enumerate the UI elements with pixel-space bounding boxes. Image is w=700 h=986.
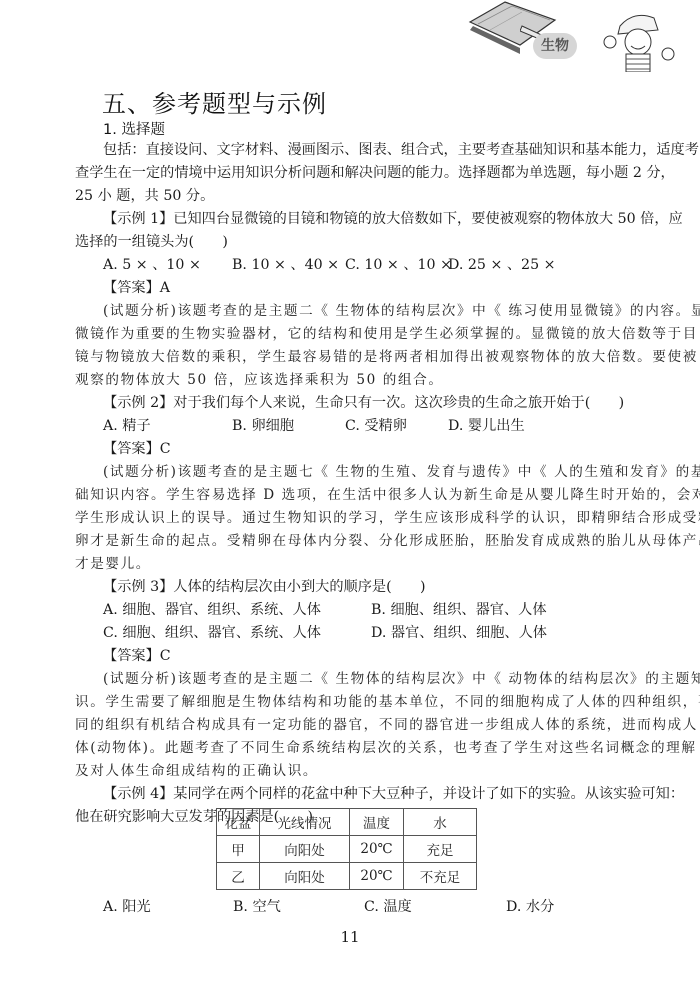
example-1-question: 【示例 1】已知四台显微镜的目镜和物镜的放大倍数如下，要使被观察的物体放大 50… <box>75 208 639 231</box>
table-cell: 充足 <box>404 836 477 863</box>
example-3-analysis: 及对人体生命组成结构的正确认识。 <box>75 760 639 783</box>
option-c: C. 受精卵 <box>345 415 448 438</box>
example-3-analysis: 同的组织有机结合构成具有一定功能的器官，不同的器官进一步组成人体的系统，进而构成… <box>75 714 639 737</box>
page-title: 五、参考题型与示例 <box>102 84 327 119</box>
option-b: B. 空气 <box>233 896 364 916</box>
option-b: B. 细胞、组织、器官、人体 <box>371 599 639 622</box>
example-3-answer: 【答案】C <box>75 645 639 668</box>
option-a: A. 精子 <box>103 415 232 438</box>
section-title: 1. 选择题 <box>103 118 165 139</box>
document-body: 包括：直接设问、文字材料、漫画图示、图表、组合式，主要考查基础知识和基本能力，适… <box>75 139 639 829</box>
option-b: B. 10 × 、40 × <box>232 254 345 277</box>
example-2-analysis: 础知识内容。学生容易选择 D 选项，在生活中很多人认为新生命是从婴儿降生时开始的… <box>75 484 639 507</box>
table-header-cell: 花盆 <box>217 809 260 836</box>
cartoon-boy-icon <box>598 8 678 72</box>
table-row: 甲 向阳处 20℃ 充足 <box>217 836 477 863</box>
example-2-analysis: (试题分析)该题考查的是主题七《 生物的生殖、发育与遗传》中《 人的生殖和发育》… <box>75 461 639 484</box>
example-1-options: A. 5 × 、10 × B. 10 × 、40 × C. 10 × 、10 ×… <box>75 254 639 277</box>
table-cell: 20℃ <box>350 836 404 863</box>
intro-line: 包括：直接设问、文字材料、漫画图示、图表、组合式，主要考查基础知识和基本能力，适… <box>75 139 639 162</box>
example-2-answer: 【答案】C <box>75 438 639 461</box>
example-3-analysis: (试题分析)该题考查的是主题二《 生物体的结构层次》中《 动物体的结构层次》的主… <box>75 668 639 691</box>
intro-line: 查学生在一定的情境中运用知识分析问题和解决问题的能力。选择题都为单选题，每小题 … <box>75 162 639 185</box>
example-4-options: A. 阳光 B. 空气 C. 温度 D. 水分 <box>103 896 636 916</box>
example-2-analysis: 学生形成认识上的误导。通过生物知识的学习，学生应该形成科学的认识，即精卵结合形成… <box>75 507 639 530</box>
table-cell: 向阳处 <box>260 836 350 863</box>
example-2-options: A. 精子 B. 卵细胞 C. 受精卵 D. 婴儿出生 <box>75 415 639 438</box>
example-3-options: A. 细胞、器官、组织、系统、人体 B. 细胞、组织、器官、人体 <box>75 599 639 622</box>
example-2-analysis: 才是婴儿。 <box>75 553 639 576</box>
intro-line: 25 小 题，共 50 分。 <box>75 185 639 208</box>
experiment-table: 花盆 光线情况 温度 水 甲 向阳处 20℃ 充足 乙 向阳处 20℃ 不充足 <box>216 808 477 890</box>
example-2-analysis: 卵才是新生命的起点。受精卵在母体内分裂、分化形成胚胎，胚胎发育成成熟的胎儿从母体… <box>75 530 639 553</box>
option-c: C. 细胞、组织、器官、系统、人体 <box>103 622 371 645</box>
example-3-analysis: 识。学生需要了解细胞是生物体结构和功能的基本单位，不同的细胞构成了人体的四种组织… <box>75 691 639 714</box>
option-a: A. 阳光 <box>103 896 233 916</box>
option-a: A. 细胞、器官、组织、系统、人体 <box>103 599 371 622</box>
option-d: D. 水分 <box>506 896 636 916</box>
table-cell: 向阳处 <box>260 863 350 890</box>
table-header-row: 花盆 光线情况 温度 水 <box>217 809 477 836</box>
subject-badge: 生物 <box>533 33 577 59</box>
page-number: 11 <box>0 928 700 946</box>
option-a: A. 5 × 、10 × <box>103 254 232 277</box>
example-3-analysis: 体(动物体)。此题考查了不同生命系统结构层次的关系，也考查了学生对这些名词概念的… <box>75 737 639 760</box>
table-header-cell: 温度 <box>350 809 404 836</box>
example-1-analysis: (试题分析)该题考查的是主题二《 生物体的结构层次》中《 练习使用显微镜》的内容… <box>75 300 639 323</box>
option-c: C. 10 × 、10 × <box>345 254 448 277</box>
table-cell: 乙 <box>217 863 260 890</box>
example-1-analysis: 微镜作为重要的生物实验器材，它的结构和使用是学生必须掌握的。显微镜的放大倍数等于… <box>75 323 639 346</box>
example-1-analysis: 镜与物镜放大倍数的乘积，学生最容易错的是将两者相加得出被观察物体的放大倍数。要使… <box>75 346 639 369</box>
example-1-analysis: 观察的物体放大 50 倍，应该选择乘积为 50 的组合。 <box>75 369 639 392</box>
option-b: B. 卵细胞 <box>232 415 345 438</box>
example-3-question: 【示例 3】人体的结构层次由小到大的顺序是( ) <box>75 576 639 599</box>
example-1-answer: 【答案】A <box>75 277 639 300</box>
option-d: D. 婴儿出生 <box>448 415 577 438</box>
table-header-cell: 光线情况 <box>260 809 350 836</box>
option-c: C. 温度 <box>364 896 506 916</box>
example-4-question: 【示例 4】某同学在两个同样的花盆中种下大豆种子，并设计了如下的实验。从该实验可… <box>75 783 639 806</box>
option-d: D. 25 × 、25 × <box>448 254 577 277</box>
table-row: 乙 向阳处 20℃ 不充足 <box>217 863 477 890</box>
table-header-cell: 水 <box>404 809 477 836</box>
example-2-question: 【示例 2】对于我们每个人来说，生命只有一次。这次珍贵的生命之旅开始于( ) <box>75 392 639 415</box>
example-1-question: 选择的一组镜头为( ) <box>75 231 639 254</box>
example-3-options: C. 细胞、组织、器官、系统、人体 D. 器官、组织、细胞、人体 <box>75 622 639 645</box>
table-cell: 20℃ <box>350 863 404 890</box>
option-d: D. 器官、组织、细胞、人体 <box>371 622 639 645</box>
table-cell: 不充足 <box>404 863 477 890</box>
table-cell: 甲 <box>217 836 260 863</box>
